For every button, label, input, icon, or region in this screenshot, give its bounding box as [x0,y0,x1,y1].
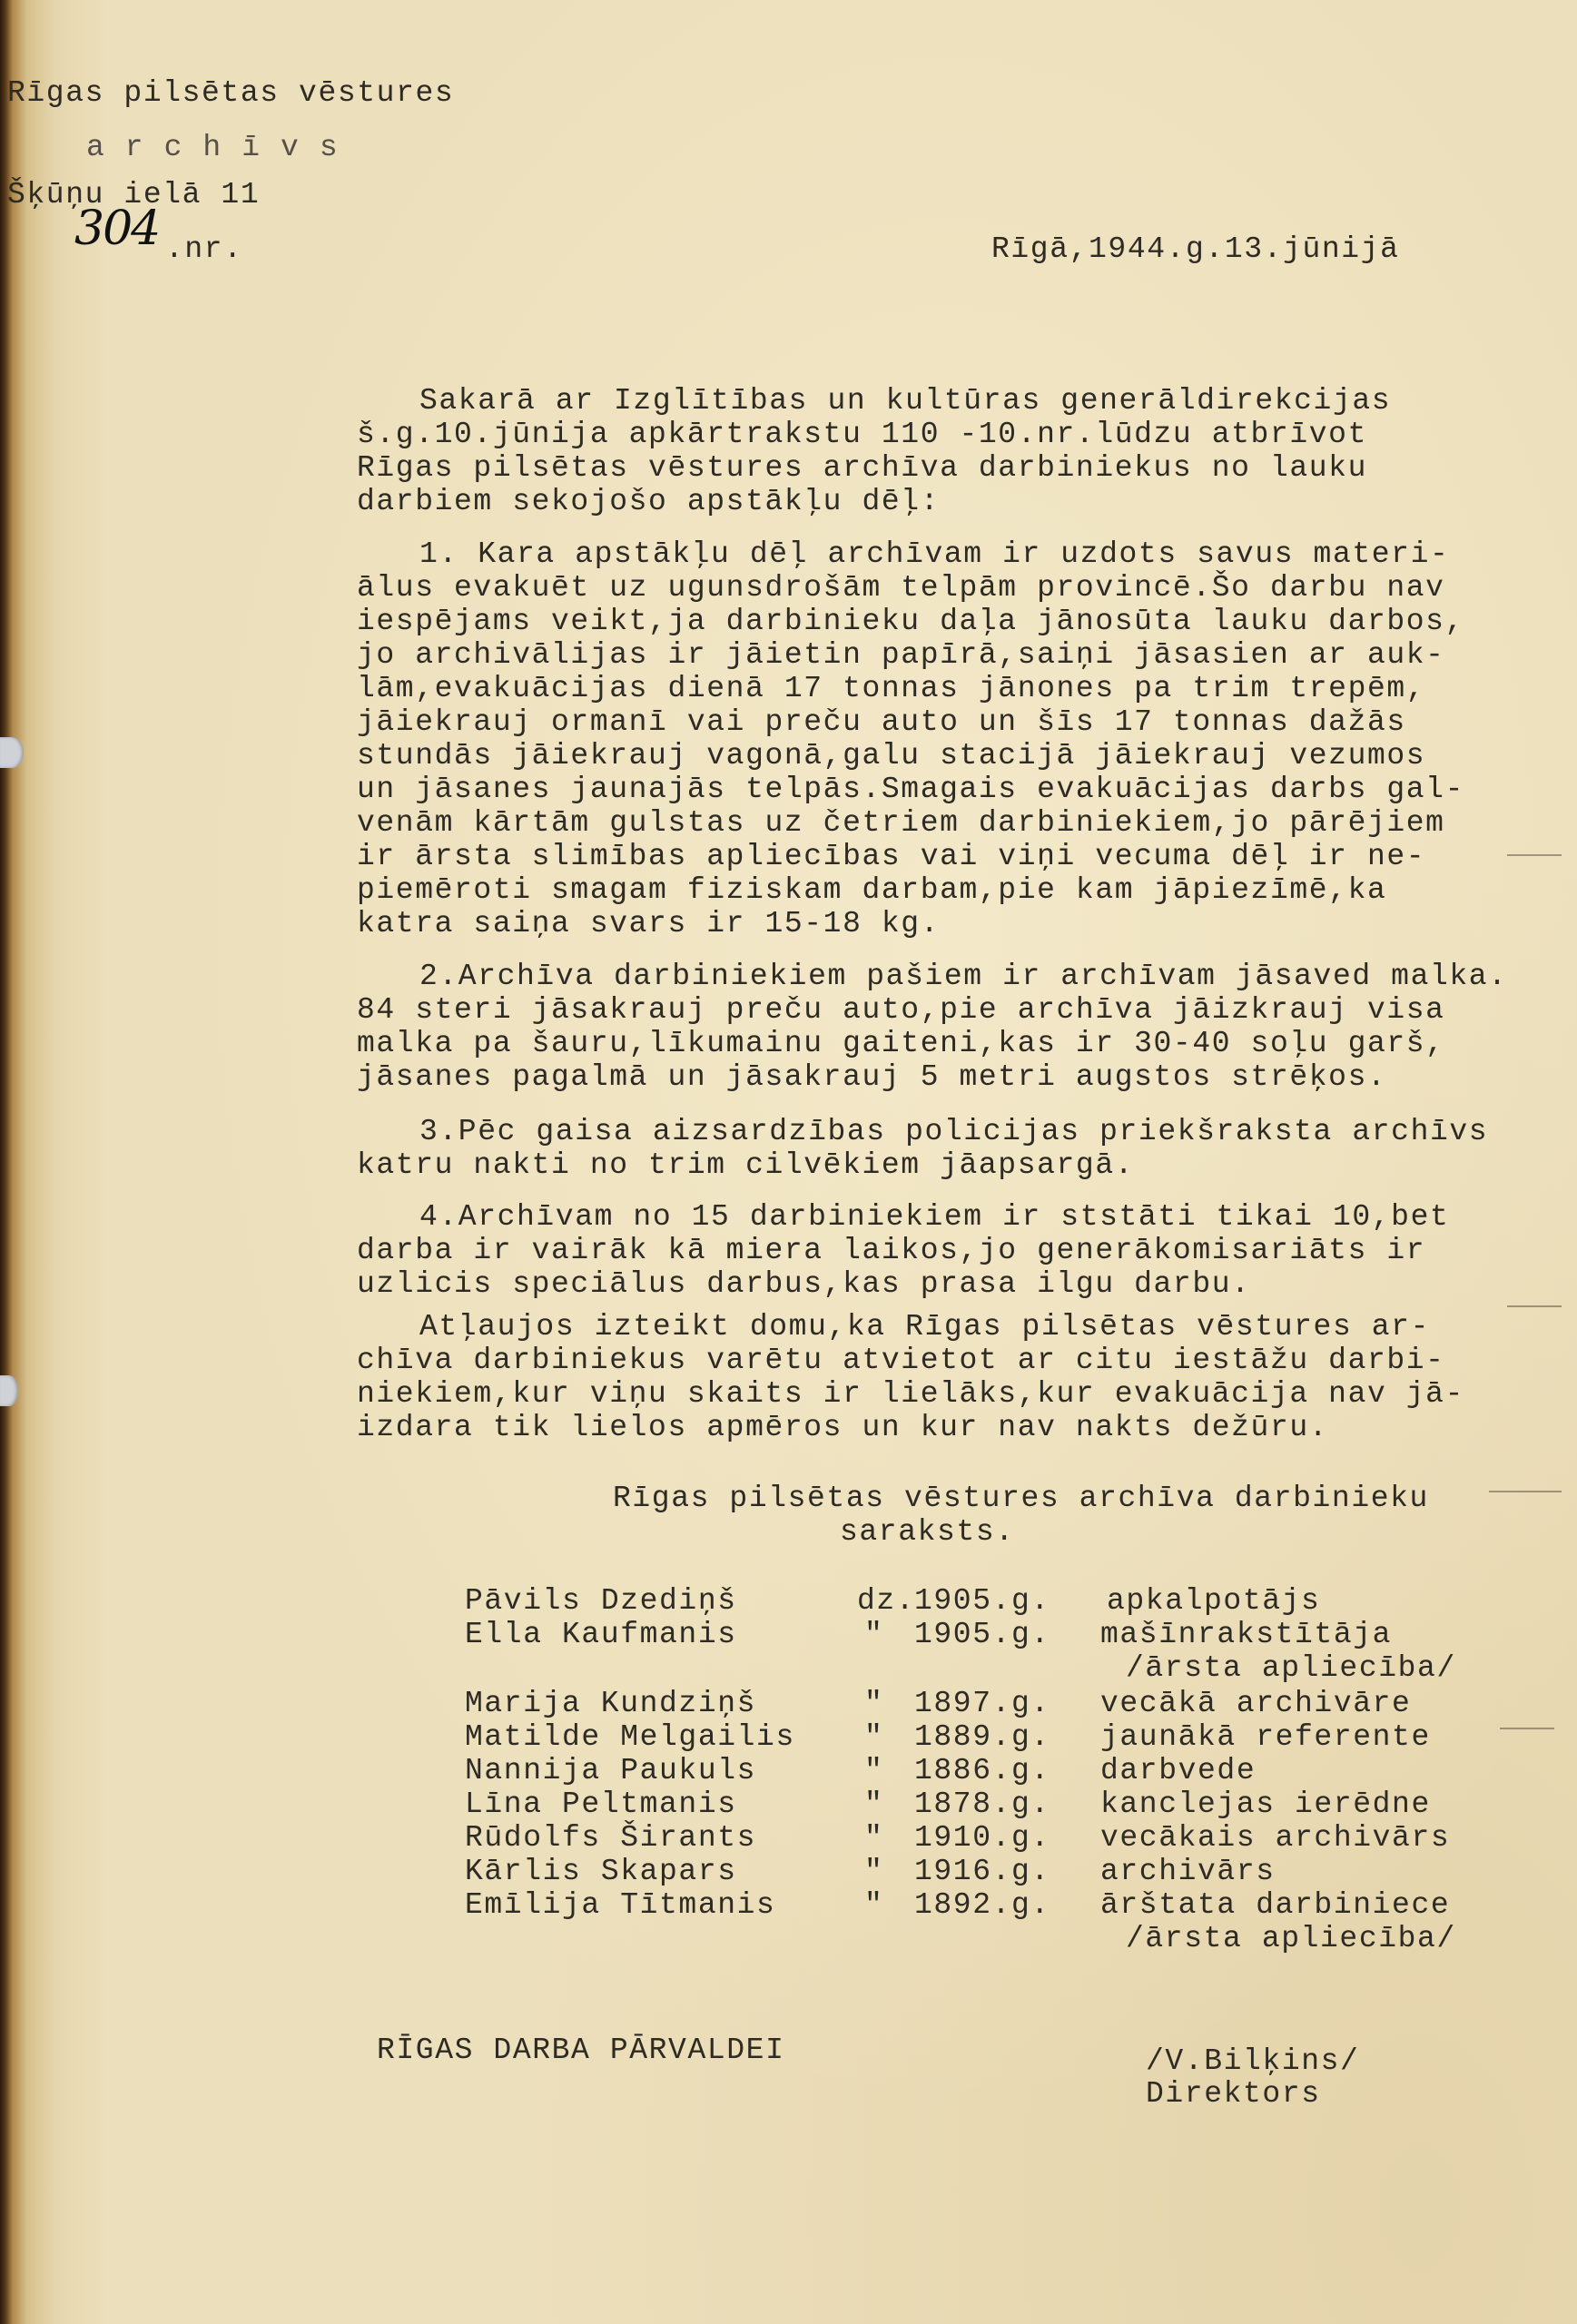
punch-hole-bottom [0,1375,18,1406]
point-1-line: ir ārsta slimības apliecības vai viņi ve… [357,840,1425,873]
point-1-line: ālus evakuēt uz ugunsdrošām telpām provi… [357,571,1445,605]
point-1-line: 1. Kara apstākļu dēļ archīvam ir uzdots … [419,537,1449,571]
intro-line: š.g.10.jūnija apkārtrakstu 110 -10.nr.lū… [357,418,1367,451]
staff-role: darbvede [1100,1754,1256,1787]
place-date: Rīgā,1944.g.13.jūnijā [991,232,1399,266]
staff-birth-year: 1905.g. [914,1618,1050,1651]
staff-birth-year: 1897.g. [914,1687,1050,1720]
point-3-line: 3.Pēc gaisa aizsardzības policijas priek… [419,1115,1488,1148]
closing-line: izdara tik lielos apmēros un kur nav nak… [357,1411,1328,1444]
staff-birth-prefix: " [864,1888,883,1922]
point-1-line: stundās jāiekrauj vagonā,galu stacijā jā… [357,739,1425,773]
staff-role: ārštata darbiniece [1100,1888,1450,1922]
point-2-line: 84 steri jāsakrauj preču auto,pie archīv… [357,993,1445,1027]
staff-note: /ārsta apliecība/ [1126,1651,1456,1685]
staff-birth-prefix: " [864,1855,883,1888]
staff-birth-prefix: " [864,1821,883,1855]
intro-line: Sakarā ar Izglītības un kultūras generāl… [419,384,1391,418]
staff-list-subtitle: saraksts. [840,1515,1015,1549]
staff-birth-prefix: " [864,1787,883,1821]
addressee: RĪGAS DARBA PĀRVALDEI [377,2033,784,2067]
staff-birth-prefix: dz. [857,1584,915,1618]
point-1-line: un jāsanes jaunajās telpās.Smagais evaku… [357,773,1464,806]
staff-name: Kārlis Skapars [465,1855,737,1888]
point-2-line: jāsanes pagalmā un jāsakrauj 5 metri aug… [357,1060,1386,1094]
staff-birth-year: 1889.g. [914,1720,1050,1754]
staff-role: vecākais archivārs [1100,1821,1450,1855]
number-suffix: .nr. [165,232,243,266]
margin-mark [1507,1305,1562,1307]
signatory-title: Direktors [1146,2077,1321,2111]
point-1-line: piemēroti smagam fiziskam darbam,pie kam… [357,873,1386,907]
point-4-line: darba ir vairāk kā miera laikos,jo gener… [357,1234,1425,1267]
point-1-line: katra saiņa svars ir 15-18 kg. [357,907,940,940]
signatory-name: /V.Bilķins/ [1146,2044,1359,2078]
handwritten-number: 304 [74,202,159,256]
staff-name: Rūdolfs Širants [465,1821,756,1855]
point-1-line: jāiekrauj ormanī vai preču auto un šīs 1… [357,705,1406,739]
punch-hole-top [0,737,24,768]
point-4-line: uzlicis speciālus darbus,kas prasa ilgu … [357,1267,1251,1301]
staff-birth-year: 1905.g. [914,1584,1050,1618]
staff-birth-prefix: " [864,1754,883,1787]
staff-role: mašīnrakstītāja [1100,1618,1392,1651]
staff-name: Marija Kundziņš [465,1687,756,1720]
point-1-line: iespējams veikt,ja darbinieku daļa jānos… [357,605,1464,638]
staff-name: Līna Peltmanis [465,1787,737,1821]
staff-birth-year: 1910.g. [914,1821,1050,1855]
staff-birth-prefix: " [864,1720,883,1754]
staff-role: apkalpotājs [1107,1584,1320,1618]
staff-birth-year: 1886.g. [914,1754,1050,1787]
staff-birth-prefix: " [864,1618,883,1651]
point-1-line: venām kārtām gulstas uz četriem darbinie… [357,806,1445,840]
intro-line: darbiem sekojošo apstākļu dēļ: [357,485,940,518]
staff-list-title: Rīgas pilsētas vēstures archīva darbinie… [613,1482,1429,1515]
closing-line: Atļaujos izteikt domu,ka Rīgas pilsētas … [419,1310,1430,1344]
staff-name: Pāvils Dzediņš [465,1584,737,1618]
staff-birth-prefix: " [864,1687,883,1720]
institution-name: Rīgas pilsētas vēstures [7,76,454,110]
margin-mark [1489,1491,1562,1492]
staff-note: /ārsta apliecība/ [1126,1922,1456,1955]
point-1-line: jo archivālijas ir jāietin papīrā,saiņi … [357,638,1445,672]
staff-name: Ella Kaufmanis [465,1618,737,1651]
intro-line: Rīgas pilsētas vēstures archīva darbinie… [357,451,1367,485]
staff-role: vecākā archivāre [1100,1687,1411,1720]
staff-name: Emīlija Tītmanis [465,1888,775,1922]
point-2-line: 2.Archīva darbiniekiem pašiem ir archīva… [419,960,1508,993]
closing-line: niekiem,kur viņu skaits ir lielāks,kur e… [357,1377,1464,1411]
staff-role: archivārs [1100,1855,1276,1888]
margin-mark [1500,1728,1554,1729]
institution-archive-label: a r c h ī v s [86,131,339,164]
staff-role: kanclejas ierēdne [1100,1787,1431,1821]
staff-name: Nannija Paukuls [465,1754,756,1787]
point-4-line: 4.Archīvam no 15 darbiniekiem ir ststāti… [419,1200,1449,1234]
point-3-line: katru nakti no trim cilvēkiem jāapsargā. [357,1148,1134,1182]
margin-mark [1507,854,1562,856]
closing-line: chīva darbiniekus varētu atvietot ar cit… [357,1344,1445,1377]
staff-name: Matilde Melgailis [465,1720,795,1754]
staff-birth-year: 1878.g. [914,1787,1050,1821]
staff-birth-year: 1916.g. [914,1855,1050,1888]
point-1-line: lām,evakuācijas dienā 17 tonnas jānones … [357,672,1425,705]
staff-role: jaunākā referente [1100,1720,1431,1754]
staff-birth-year: 1892.g. [914,1888,1050,1922]
point-2-line: malka pa šauru,līkumainu gaiteni,kas ir … [357,1027,1445,1060]
